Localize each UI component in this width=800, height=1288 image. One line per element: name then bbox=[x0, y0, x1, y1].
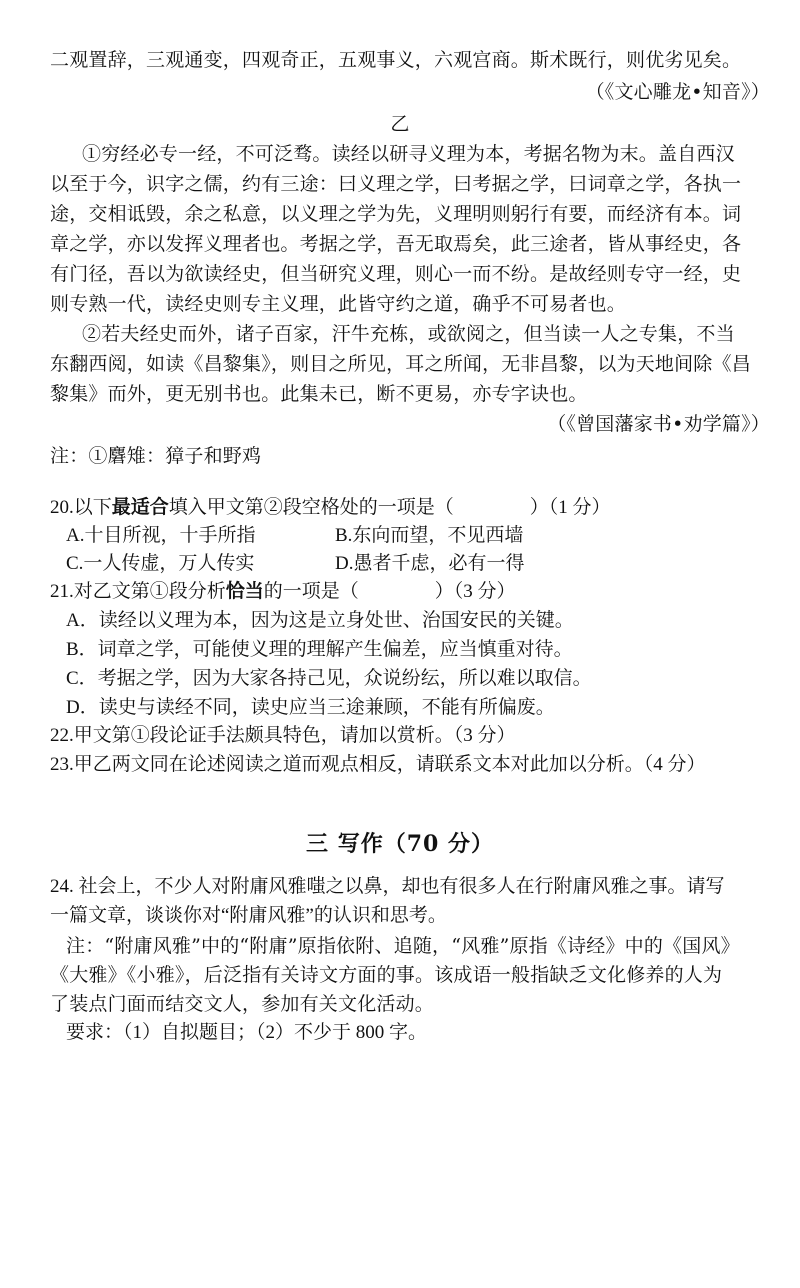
passage-yi-title: 乙 bbox=[0, 110, 800, 138]
question-23: 23.甲乙两文同在论述阅读之道而观点相反，请联系文本对此加以分析。（4 分） bbox=[50, 751, 770, 779]
q20-option-d: D.愚者千虑，必有一得 bbox=[335, 550, 524, 578]
text-line: 章之学，亦以发挥义理者也。考据之学，吾无取焉矣，此三途者，皆从事经史，各 bbox=[50, 230, 770, 258]
q20-suffix: 填入甲文第②段空格处的一项是（ ）（1 分） bbox=[169, 497, 611, 518]
q21-option-d: D．读史与读经不同，读史应当三途兼顾，不能有所偏废。 bbox=[66, 694, 786, 722]
question-24-line-1: 24. 社会上，不少人对附庸风雅嗤之以鼻，却也有很多人在行附庸风雅之事。请写 bbox=[50, 873, 770, 901]
writing-requirement: 要求：（1）自拟题目；（2）不少于 800 字。 bbox=[66, 1019, 786, 1047]
text-line: 途，交相诋毁，余之私意，以义理之学为先，义理明则躬行有要，而经济有本。词 bbox=[50, 200, 770, 228]
q20-option-b: B.东向而望，不见西墙 bbox=[335, 522, 523, 550]
q21-emphasis: 恰当 bbox=[226, 581, 264, 602]
q21-prefix: 21.对乙文第①段分析 bbox=[50, 581, 226, 602]
passage-jia-source: （《文心雕龙•知音》） bbox=[586, 78, 770, 106]
question-22: 22.甲文第①段论证手法颇具特色，请加以赏析。（3 分） bbox=[50, 722, 770, 750]
q21-suffix: 的一项是（ ）（3 分） bbox=[264, 581, 516, 602]
q21-option-a: A．读经以义理为本，因为这是立身处世、治国安民的关键。 bbox=[66, 607, 786, 635]
text-line: 东翻西阅，如读《昌黎集》，则目之所见，耳之所闻，无非昌黎，以为天地间除《昌 bbox=[50, 350, 770, 378]
q20-emphasis: 最适合 bbox=[112, 497, 169, 518]
q20-prefix: 20.以下 bbox=[50, 497, 112, 518]
question-21: 21.对乙文第①段分析恰当的一项是（ ）（3 分） bbox=[50, 578, 770, 606]
question-24-line-2: 一篇文章，谈谈你对“附庸风雅”的认识和思考。 bbox=[50, 902, 770, 930]
text-line: 以至于今，识字之儒，约有三途：曰义理之学，曰考据之学，曰词章之学，各执一 bbox=[50, 170, 770, 198]
q21-option-c: C．考据之学，因为大家各持己见，众说纷纭，所以难以取信。 bbox=[66, 665, 786, 693]
writing-section-heading: 三 写作（70 分） bbox=[0, 830, 800, 858]
text-line: 则专熟一代，读经史则专主义理，此皆守约之道，确乎不可易者也。 bbox=[50, 290, 770, 318]
q20-option-c: C.一人传虚，万人传实 bbox=[66, 553, 254, 574]
writing-note-line-1: 注：“附庸风雅”中的“附庸”原指依附、追随，“风雅”原指《诗经》中的《国风》 bbox=[66, 932, 786, 960]
q21-option-b: B．词章之学，可能使义理的理解产生偏差，应当慎重对待。 bbox=[66, 636, 786, 664]
exam-page: 二观置辞，三观通变，四观奇正，五观事义，六观宫商。斯术既行，则优劣见矣。 （《文… bbox=[0, 0, 800, 1288]
q20-options-row-1: A.十目所视，十手所指 B.东向而望，不见西墙 bbox=[66, 522, 786, 550]
writing-note-line-3: 了装点门面而结交文人，参加有关文化活动。 bbox=[50, 990, 770, 1018]
text-line: 有门径，吾以为欲读经史，但当研究义理，则心一而不纷。是故经则专守一经，史 bbox=[50, 260, 770, 288]
text-line: ①穷经必专一经，不可泛骛。读经以研寻义理为本，考据名物为末。盖自西汉 bbox=[82, 140, 800, 168]
q20-options-row-2: C.一人传虚，万人传实 D.愚者千虑，必有一得 bbox=[66, 550, 786, 578]
text-line: ②若夫经史而外，诸子百家，汗牛充栋，或欲阅之，但当读一人之专集，不当 bbox=[82, 320, 800, 348]
text-line: 黎集》而外，更无别书也。此集未已，断不更易，亦专字诀也。 bbox=[50, 380, 770, 408]
passage-yi-source: （《曾国藩家书•劝学篇》） bbox=[547, 410, 770, 438]
question-20: 20.以下最适合填入甲文第②段空格处的一项是（ ）（1 分） bbox=[50, 494, 770, 522]
q20-option-a: A.十目所视，十手所指 bbox=[66, 525, 255, 546]
writing-note-line-2: 《大雅》《小雅》，后泛指有关诗文方面的事。该成语一般指缺乏文化修养的人为 bbox=[50, 961, 770, 989]
annotation-note: 注：①麏雉：獐子和野鸡 bbox=[50, 442, 770, 470]
passage-jia-last-line: 二观置辞，三观通变，四观奇正，五观事义，六观宫商。斯术既行，则优劣见矣。 bbox=[50, 46, 770, 74]
